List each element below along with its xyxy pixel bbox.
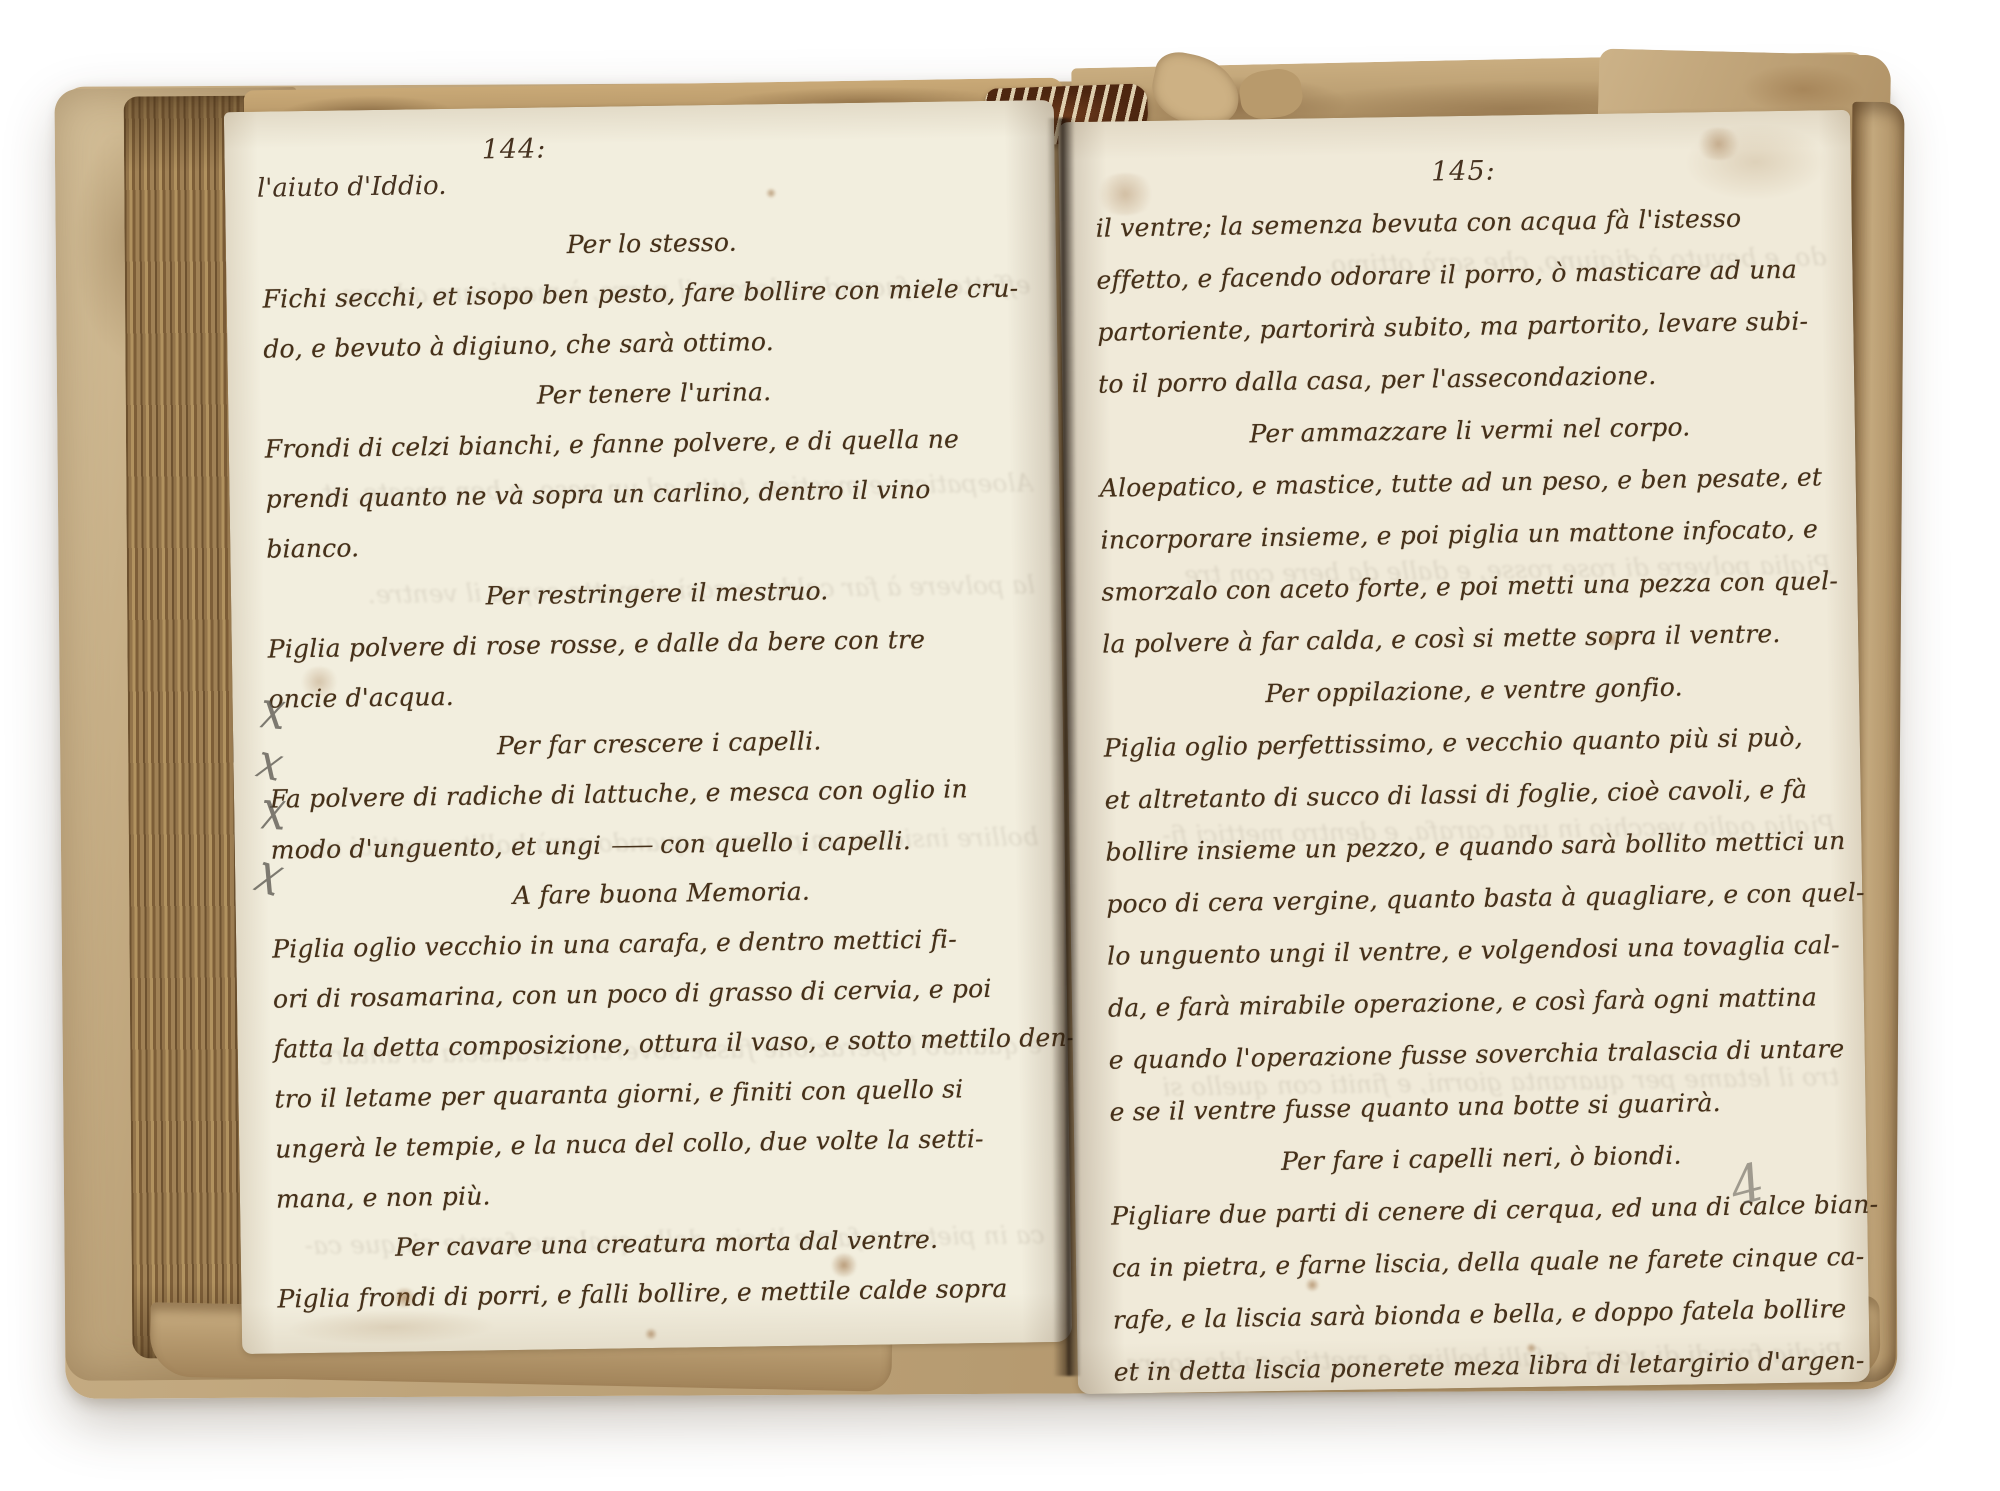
stain xyxy=(644,1328,658,1340)
stain xyxy=(765,188,777,198)
margin-x-mark: x xyxy=(260,783,288,839)
left-page: 144: l'aiuto d'Iddio. effetto, e facendo… xyxy=(224,100,1072,1354)
book-photo: 144: l'aiuto d'Iddio. effetto, e facendo… xyxy=(0,0,2000,1491)
stain xyxy=(1694,128,1742,161)
margin-x-mark: x xyxy=(258,684,287,739)
page-number-right: 145: xyxy=(1431,155,1496,187)
catchword-line: l'aiuto d'Iddio. xyxy=(257,171,447,204)
right-page: 145: do, e bevuto à digiuno, che sarà ot… xyxy=(1058,110,1870,1394)
page-number-left: 144: xyxy=(481,133,546,165)
left-page-text: Per lo stesso. Fichi secchi, et isopo be… xyxy=(261,212,1057,1323)
